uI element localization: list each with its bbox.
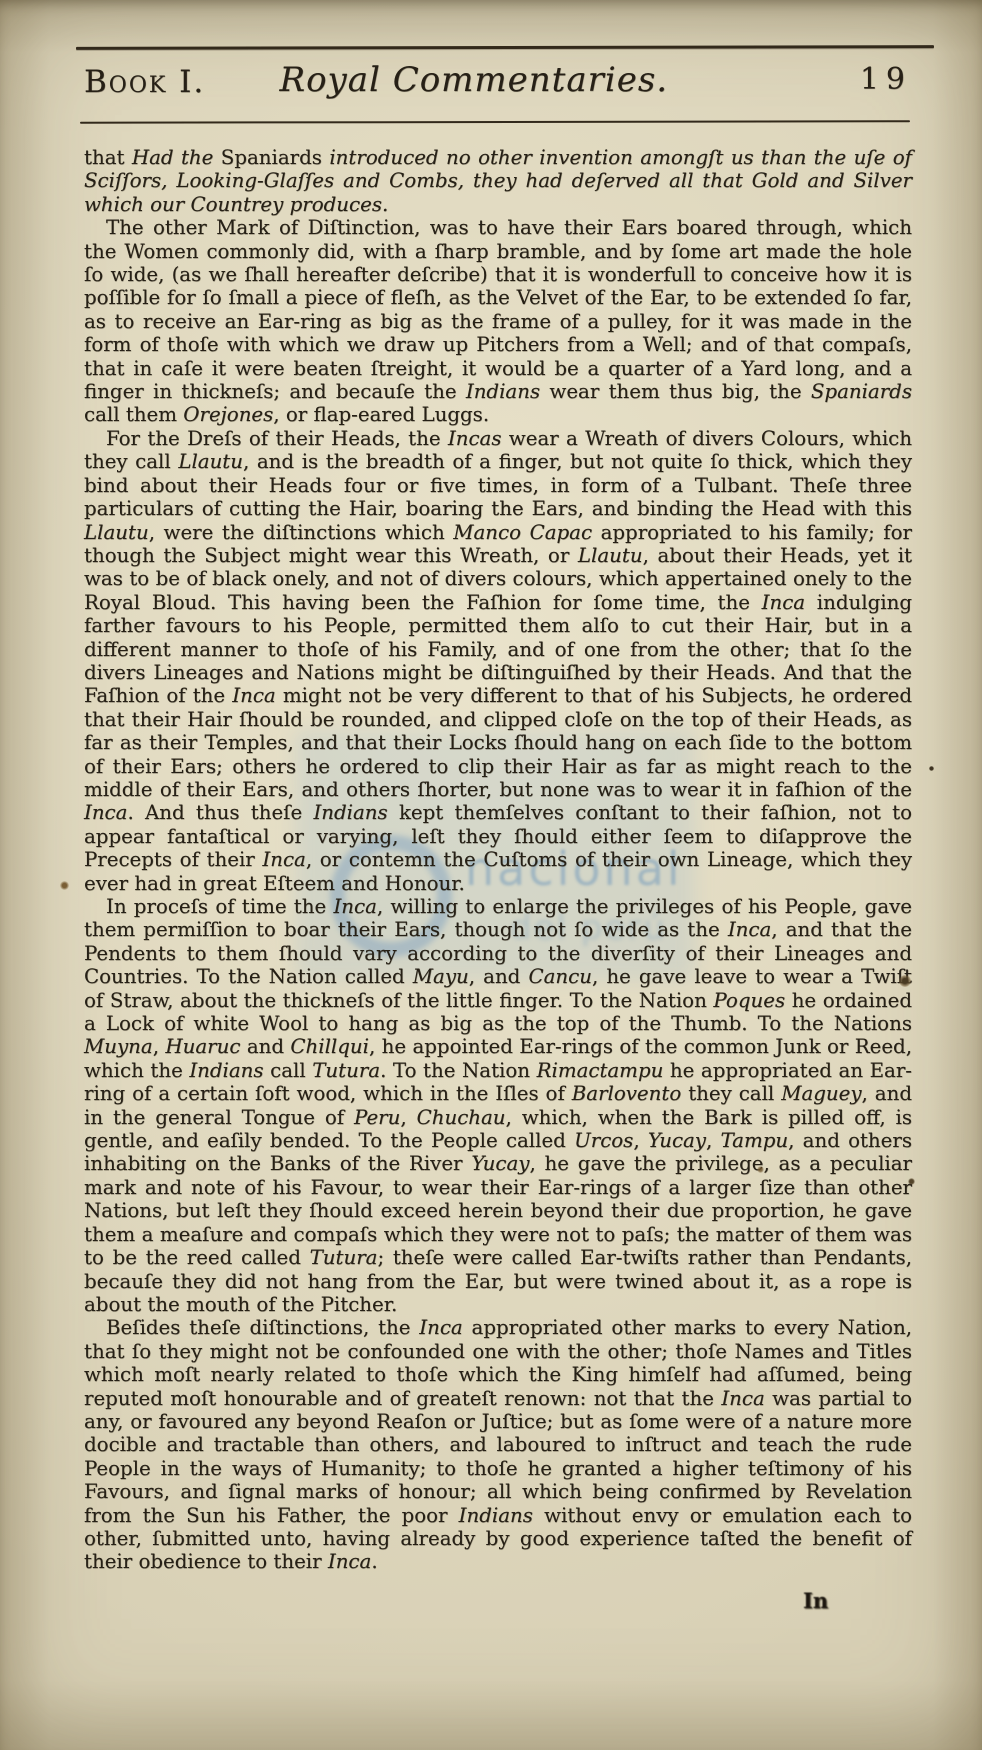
ink-speck: [929, 766, 934, 771]
roman-text: , and: [469, 965, 529, 988]
roman-text: Beſides theſe diſtinctions, the: [106, 1316, 419, 1339]
italic-text: Llautu: [84, 521, 149, 544]
italic-text: Inca: [419, 1316, 462, 1339]
italic-text: Inca: [762, 591, 805, 614]
roman-text: , were the diſtinctions which: [149, 521, 454, 544]
roman-text: they call: [681, 1082, 781, 1105]
italic-text: Inca: [728, 918, 771, 941]
italic-text: Yucay: [471, 1152, 529, 1175]
roman-text: wear them thus big, the: [540, 380, 811, 403]
ink-speck: [60, 881, 69, 890]
roman-text: that: [84, 146, 132, 169]
italic-text: Inca: [232, 684, 275, 707]
italic-text: Poques: [713, 989, 785, 1012]
italic-text: Chuchau: [417, 1106, 506, 1129]
roman-text: In proceſs of time the: [106, 895, 333, 918]
paragraph: that Had the Spaniards introduced no oth…: [84, 146, 912, 216]
italic-text: Llautu: [578, 544, 643, 567]
roman-text: ,: [706, 1129, 721, 1152]
roman-text: Spaniards: [221, 146, 330, 169]
roman-text: ,: [633, 1129, 648, 1152]
roman-text: . And thus theſe: [127, 801, 313, 824]
text-block: that Had the Spaniards introduced no oth…: [84, 146, 912, 1574]
catchword: In: [803, 1588, 828, 1613]
roman-text: . To the Nation: [380, 1059, 537, 1082]
italic-text: Cancu: [528, 965, 592, 988]
page-header: Book I. Royal Commentaries. 19: [84, 60, 918, 112]
italic-text: Mayu: [413, 965, 469, 988]
book-label: Book I.: [84, 64, 205, 100]
italic-text: Urcos: [574, 1129, 633, 1152]
italic-text: Manco Capac: [453, 521, 592, 544]
italic-text: Inca: [721, 1387, 764, 1410]
book-page: Book I. Royal Commentaries. 19 nacional …: [0, 0, 982, 1750]
italic-text: Incas: [448, 427, 502, 450]
italic-text: Peru: [354, 1106, 400, 1129]
italic-text: Spaniards: [811, 380, 912, 403]
roman-text: For the Dreſs of their Heads, the: [106, 427, 448, 450]
top-rule: [76, 45, 934, 50]
italic-text: Rimactampu: [537, 1059, 664, 1082]
italic-text: Indians: [313, 801, 387, 824]
italic-text: Had the: [132, 146, 221, 169]
roman-text: ,: [153, 1035, 166, 1058]
italic-text: Muyna: [84, 1035, 153, 1058]
roman-text: ,: [400, 1106, 416, 1129]
paragraph: Beſides theſe diſtinctions, the Inca app…: [84, 1316, 912, 1573]
italic-text: Indians: [189, 1059, 263, 1082]
italic-text: Inca: [333, 895, 376, 918]
italic-text: Indians: [466, 380, 540, 403]
italic-text: Chillqui: [290, 1035, 369, 1058]
roman-text: , or flap-eared Luggs.: [273, 403, 489, 426]
roman-text: The other Mark of Diſtinction, was to ha…: [84, 216, 912, 403]
roman-text: call: [264, 1059, 313, 1082]
header-rule: [80, 120, 910, 123]
italic-text: Barlovento: [572, 1082, 682, 1105]
paragraph: In proceſs of time the Inca, willing to …: [84, 895, 912, 1316]
roman-text: and: [240, 1035, 290, 1058]
roman-text: call them: [84, 403, 183, 426]
italic-text: Huaruc: [165, 1035, 240, 1058]
italic-text: Llautu: [178, 450, 243, 473]
italic-text: Orejones: [183, 403, 273, 426]
paragraph: For the Dreſs of their Heads, the Incas …: [84, 427, 912, 895]
italic-text: Tutura: [312, 1059, 380, 1082]
italic-text: Indians: [459, 1504, 533, 1527]
italic-text: Tutura: [310, 1246, 378, 1269]
page-number: 19: [860, 62, 912, 97]
italic-text: Maguey: [781, 1082, 861, 1105]
italic-text: Tampu: [721, 1129, 789, 1152]
running-title: Royal Commentaries.: [279, 60, 668, 100]
italic-text: Yucay: [648, 1129, 706, 1152]
italic-text: Inca: [84, 801, 127, 824]
roman-text: .: [371, 1550, 377, 1573]
paragraph: The other Mark of Diſtinction, was to ha…: [84, 216, 912, 427]
italic-text: Inca: [262, 848, 305, 871]
italic-text: Inca: [328, 1550, 371, 1573]
